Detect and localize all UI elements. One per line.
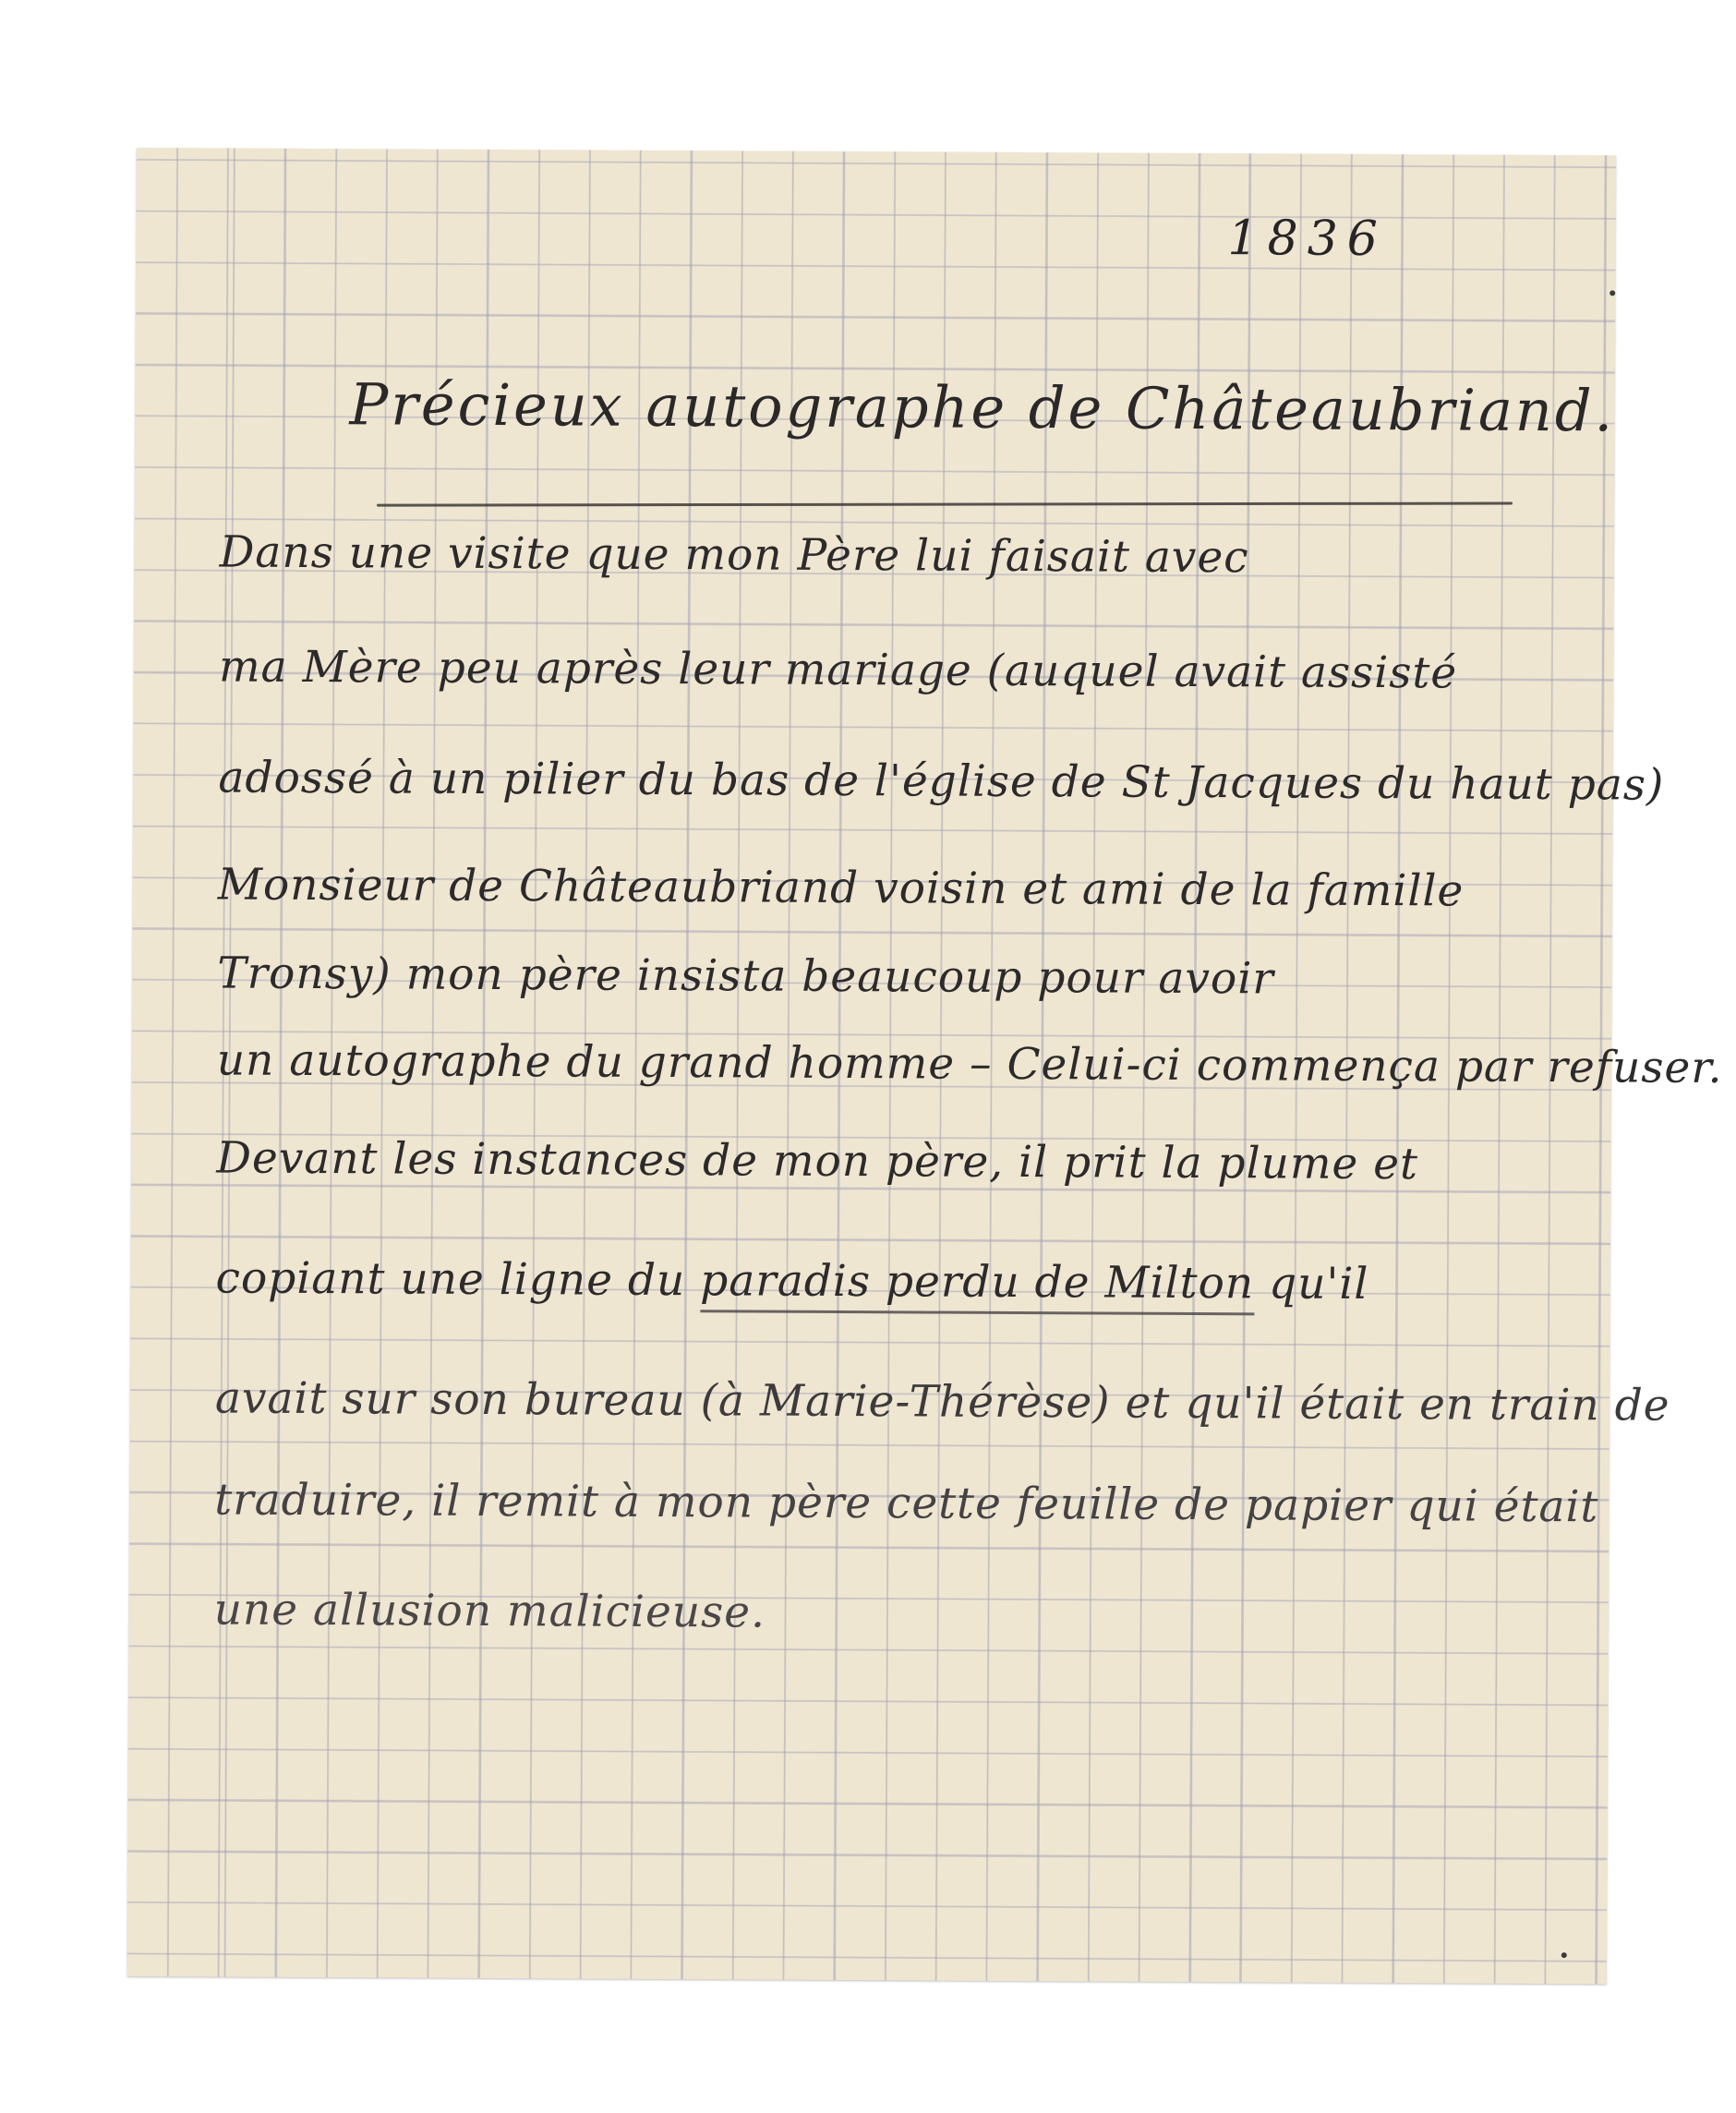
text-line-1: Dans une visite que mon Père lui faisait… <box>220 526 1249 583</box>
text-line-8-after: qu'il <box>1254 1258 1369 1310</box>
ink-speck <box>1609 290 1615 296</box>
text-line-5: Tronsy) mon père insista beaucoup pour a… <box>217 948 1274 1004</box>
text-line-2: ma Mère peu après leur mariage (auquel a… <box>219 641 1457 698</box>
text-line-7: Devant les instances de mon père, il pri… <box>216 1132 1418 1189</box>
text-line-8: copiant une ligne du paradis perdu de Mi… <box>215 1252 1368 1310</box>
date: 1836 <box>1227 211 1387 267</box>
text-line-9: avait sur son bureau (à Marie-Thérèse) e… <box>215 1372 1670 1431</box>
text-line-8-before: copiant une ligne du <box>215 1252 700 1306</box>
title-underline <box>377 502 1513 507</box>
title: Précieux autographe de Châteaubriand. <box>349 370 1615 444</box>
text-line-11: une allusion malicieuse. <box>214 1584 766 1637</box>
manuscript-sheet: 1836 Précieux autographe de Châteaubrian… <box>127 148 1616 1984</box>
underlined-work-title: paradis perdu de Milton <box>700 1255 1254 1315</box>
text-line-10: traduire, il remit à mon père cette feui… <box>214 1474 1598 1532</box>
ink-speck <box>1561 1952 1567 1958</box>
text-line-4: Monsieur de Châteaubriand voisin et ami … <box>218 859 1465 916</box>
text-line-6: un autographe du grand homme – Celui-ci … <box>217 1034 1723 1093</box>
text-line-3: adossé à un pilier du bas de l'église de… <box>218 752 1664 810</box>
